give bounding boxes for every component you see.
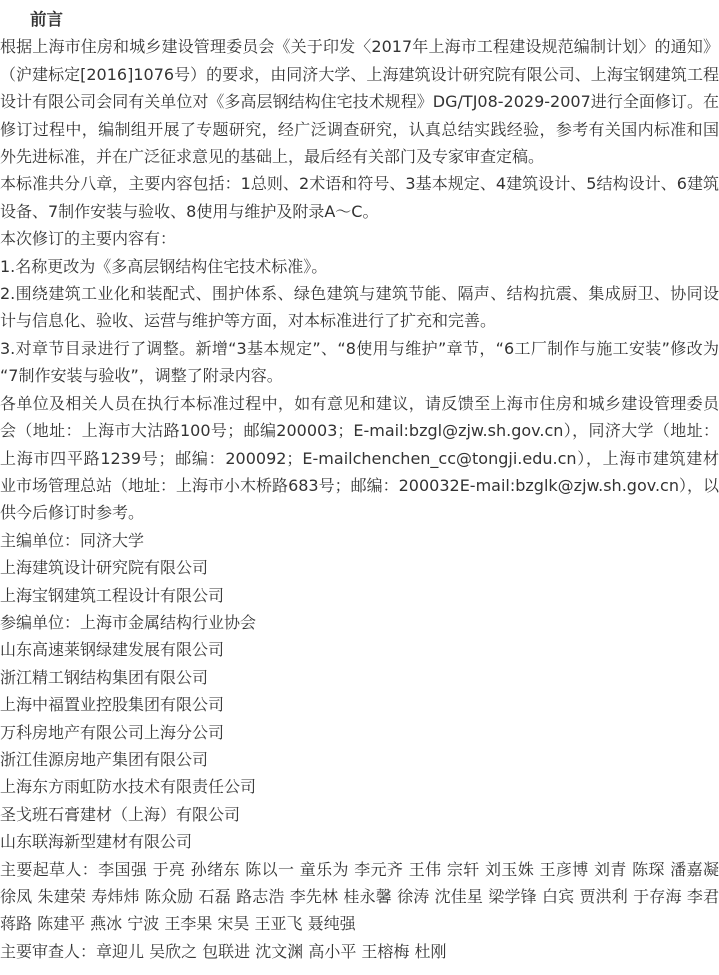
revision-item-3: 3.对章节目录进行了调整。新增“3基本规定”、“8使用与维护”章节，“6工厂制作… xyxy=(0,335,719,390)
participating-unit-line: 万科房地产有限公司上海分公司 xyxy=(0,719,719,746)
participating-unit-line: 圣戈班石膏建材（上海）有限公司 xyxy=(0,801,719,828)
main-drafters-line: 主要起草人：李国强 于亮 孙绪东 陈以一 童乐为 李元齐 王伟 宗轩 刘玉姝 王… xyxy=(0,856,719,938)
chief-editor-unit-line: 上海宝钢建筑工程设计有限公司 xyxy=(0,582,719,609)
preface-document: 前言 根据上海市住房和城乡建设管理委员会《关于印发〈2017年上海市工程建设规范… xyxy=(0,0,719,975)
main-reviewers-line: 主要审查人：章迎儿 吴欣之 包联进 沈文渊 高小平 王榕梅 杜刚 xyxy=(0,938,719,965)
participating-unit-line: 山东联海新型建材有限公司 xyxy=(0,828,719,855)
preface-heading: 前言 xyxy=(0,6,719,33)
revision-item-2: 2.围绕建筑工业化和装配式、围护体系、绿色建筑与建筑节能、隔声、结构抗震、集成厨… xyxy=(0,280,719,335)
participating-unit-line: 浙江佳源房地产集团有限公司 xyxy=(0,746,719,773)
participating-unit-line: 浙江精工钢结构集团有限公司 xyxy=(0,664,719,691)
revision-item-1: 1.名称更改为《多高层钢结构住宅技术标准》。 xyxy=(0,253,719,280)
chief-editor-unit-line: 上海建筑设计研究院有限公司 xyxy=(0,554,719,581)
chief-editor-unit-line: 主编单位：同济大学 xyxy=(0,527,719,554)
paragraph-revision-intro: 本次修订的主要内容有： xyxy=(0,225,719,252)
participating-unit-line: 参编单位：上海市金属结构行业协会 xyxy=(0,609,719,636)
paragraph-basis: 根据上海市住房和城乡建设管理委员会《关于印发〈2017年上海市工程建设规范编制计… xyxy=(0,33,719,170)
participating-unit-line: 上海东方雨虹防水技术有限责任公司 xyxy=(0,773,719,800)
paragraph-feedback-contacts: 各单位及相关人员在执行本标准过程中，如有意见和建议，请反馈至上海市住房和城乡建设… xyxy=(0,390,719,527)
participating-unit-line: 上海中福置业控股集团有限公司 xyxy=(0,691,719,718)
paragraph-chapter-overview: 本标准共分八章，主要内容包括：1总则、2术语和符号、3基本规定、4建筑设计、5结… xyxy=(0,170,719,225)
participating-unit-line: 山东高速莱钢绿建发展有限公司 xyxy=(0,636,719,663)
